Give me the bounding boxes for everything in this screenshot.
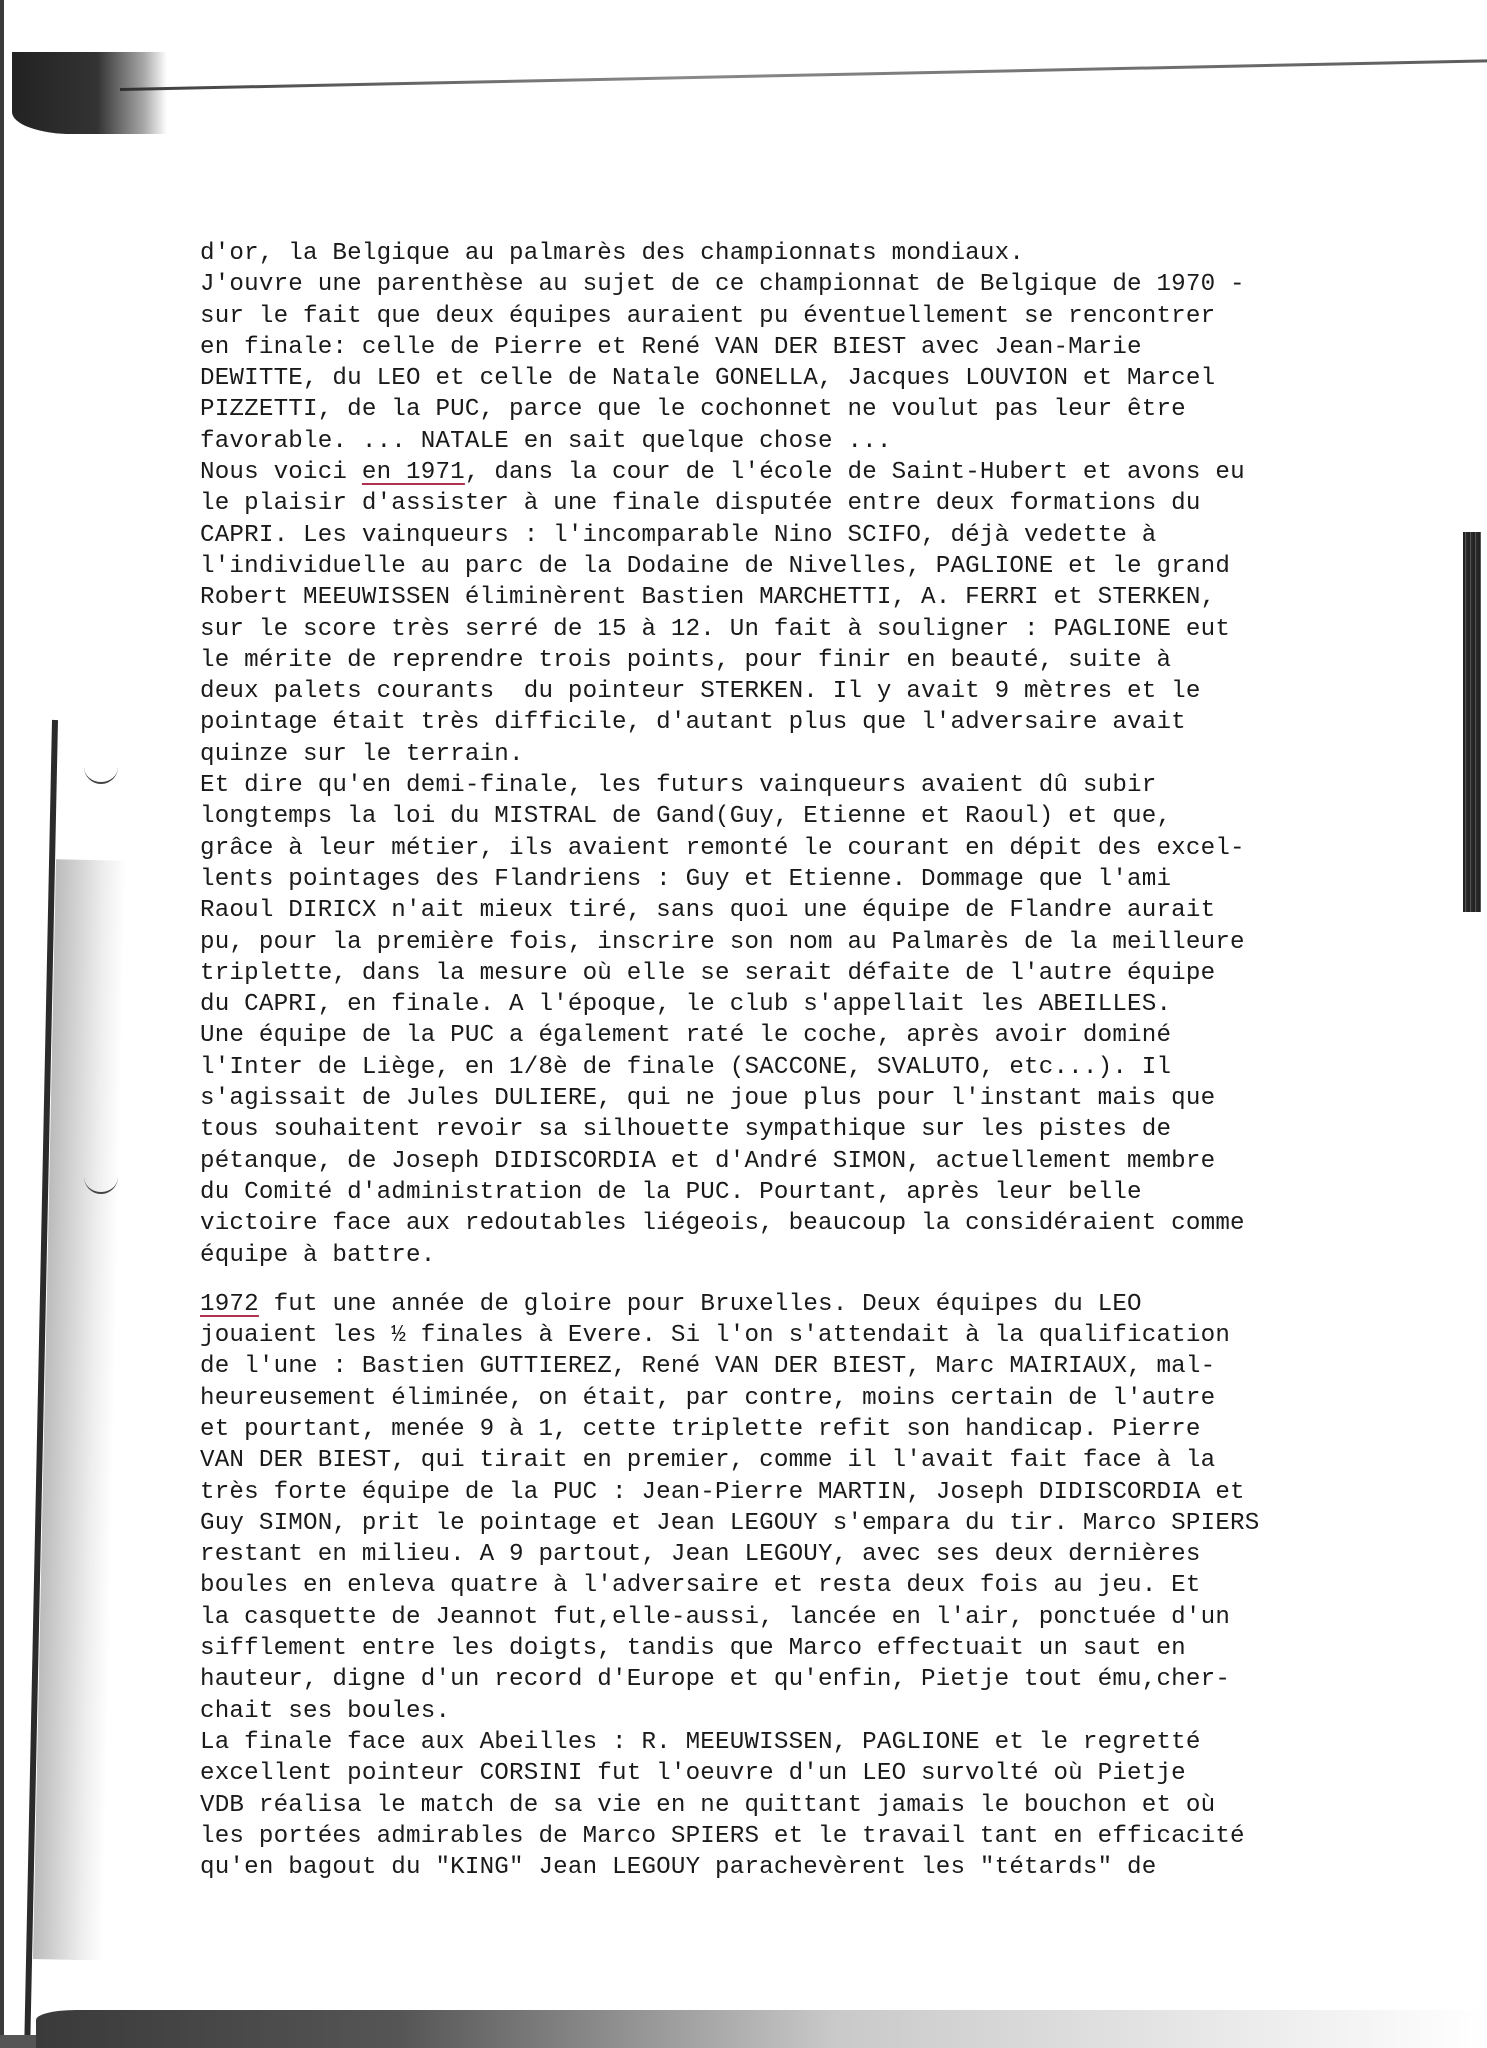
scan-bottom-left-artifact (0, 2035, 36, 2048)
text-line: excellent pointeur CORSINI fut l'oeuvre … (200, 1758, 1400, 1789)
text-line: Raoul DIRICX n'ait mieux tiré, sans quoi… (200, 895, 1400, 926)
scanned-page: d'or, la Belgique au palmarès des champi… (0, 0, 1487, 2048)
text-line: boules en enleva quatre à l'adversaire e… (200, 1570, 1400, 1601)
text-line: quinze sur le terrain. (200, 739, 1400, 770)
text-line: équipe à battre. (200, 1240, 1400, 1271)
text-line: hauteur, digne d'un record d'Europe et q… (200, 1664, 1400, 1695)
text-line: qu'en bagout du "KING" Jean LEGOUY parac… (200, 1852, 1400, 1883)
text-line: grâce à leur métier, ils avaient remonté… (200, 833, 1400, 864)
text-line: VAN DER BIEST, qui tirait en premier, co… (200, 1445, 1400, 1476)
text-line: Et dire qu'en demi-finale, les futurs va… (200, 770, 1400, 801)
text-line: favorable. ... NATALE en sait quelque ch… (200, 426, 1400, 457)
text-line: de l'une : Bastien GUTTIEREZ, René VAN D… (200, 1351, 1400, 1382)
text-line: d'or, la Belgique au palmarès des champi… (200, 238, 1400, 269)
text-line: CAPRI. Les vainqueurs : l'incomparable N… (200, 520, 1400, 551)
text-line: pu, pour la première fois, inscrire son … (200, 927, 1400, 958)
text-line: jouaient les ½ finales à Evere. Si l'on … (200, 1320, 1400, 1351)
text-line: chait ses boules. (200, 1696, 1400, 1727)
text-line: heureusement éliminée, on était, par con… (200, 1383, 1400, 1414)
text-line: Nous voici en 1971, dans la cour de l'éc… (200, 457, 1400, 488)
scan-left-edge (0, 0, 4, 2048)
text-line: 1972 fut une année de gloire pour Bruxel… (200, 1289, 1400, 1320)
scan-top-edge-line (120, 59, 1487, 91)
text-line: la casquette de Jeannot fut,elle-aussi, … (200, 1602, 1400, 1633)
text-line: triplette, dans la mesure où elle se ser… (200, 958, 1400, 989)
paragraph-gap (200, 1271, 1400, 1289)
text-line: victoire face aux redoutables liégeois, … (200, 1208, 1400, 1239)
text-line: le plaisir d'assister à une finale dispu… (200, 488, 1400, 519)
text-line: J'ouvre une parenthèse au sujet de ce ch… (200, 269, 1400, 300)
underlined-date: en 1971 (362, 459, 465, 486)
text-line: sur le score très serré de 15 à 12. Un f… (200, 614, 1400, 645)
text-line: sifflement entre les doigts, tandis que … (200, 1633, 1400, 1664)
text-line: PIZZETTI, de la PUC, parce que le cochon… (200, 394, 1400, 425)
text-line: VDB réalisa le match de sa vie en ne qui… (200, 1790, 1400, 1821)
underlined-date: 1972 (200, 1291, 259, 1318)
text-line: DEWITTE, du LEO et celle de Natale GONEL… (200, 363, 1400, 394)
text-line: et pourtant, menée 9 à 1, cette triplett… (200, 1414, 1400, 1445)
text-fragment: , dans la cour de l'école de Saint-Huber… (465, 459, 1245, 486)
text-line: pétanque, de Joseph DIDISCORDIA et d'And… (200, 1146, 1400, 1177)
text-line: en finale: celle de Pierre et René VAN D… (200, 332, 1400, 363)
text-line: sur le fait que deux équipes auraient pu… (200, 301, 1400, 332)
text-line: s'agissait de Jules DULIERE, qui ne joue… (200, 1083, 1400, 1114)
text-fragment: Nous voici (200, 459, 362, 486)
scan-bottom-shadow (36, 2010, 1487, 2048)
text-line: tous souhaitent revoir sa silhouette sym… (200, 1114, 1400, 1145)
text-line: l'Inter de Liège, en 1/8è de finale (SAC… (200, 1052, 1400, 1083)
text-line: du Comité d'administration de la PUC. Po… (200, 1177, 1400, 1208)
text-line: Robert MEEUWISSEN éliminèrent Bastien MA… (200, 582, 1400, 613)
text-line: Une équipe de la PUC a également raté le… (200, 1020, 1400, 1051)
text-line: lents pointages des Flandriens : Guy et … (200, 864, 1400, 895)
typewritten-text-body: d'or, la Belgique au palmarès des champi… (200, 238, 1400, 1883)
punch-hole-top (84, 760, 118, 784)
scan-right-edge-bar (1463, 532, 1481, 912)
text-line: restant en milieu. A 9 partout, Jean LEG… (200, 1539, 1400, 1570)
scan-top-shadow (12, 52, 167, 134)
text-line: les portées admirables de Marco SPIERS e… (200, 1821, 1400, 1852)
text-line: très forte équipe de la PUC : Jean-Pierr… (200, 1477, 1400, 1508)
text-line: l'individuelle au parc de la Dodaine de … (200, 551, 1400, 582)
text-line: longtemps la loi du MISTRAL de Gand(Guy,… (200, 801, 1400, 832)
text-line: deux palets courants du pointeur STERKEN… (200, 676, 1400, 707)
text-line: pointage était très difficile, d'autant … (200, 707, 1400, 738)
text-fragment: fut une année de gloire pour Bruxelles. … (259, 1291, 1142, 1318)
text-line: le mérite de reprendre trois points, pou… (200, 645, 1400, 676)
text-line: La finale face aux Abeilles : R. MEEUWIS… (200, 1727, 1400, 1758)
text-line: du CAPRI, en finale. A l'époque, le club… (200, 989, 1400, 1020)
text-line: Guy SIMON, prit le pointage et Jean LEGO… (200, 1508, 1400, 1539)
